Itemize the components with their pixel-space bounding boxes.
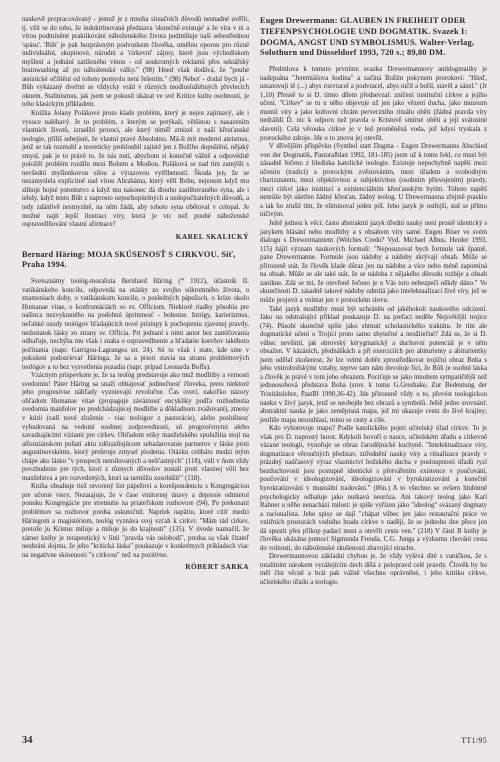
page-number: 34 bbox=[22, 735, 33, 746]
review-paragraph: Ještě jednou k věci: často abstraktní ja… bbox=[260, 220, 487, 305]
review-paragraph: Vzácnym príspevkom je, že sa teológ pred… bbox=[22, 372, 249, 483]
review-paragraph: V dřívějším příspěvku (Symbol statt Dogm… bbox=[260, 143, 487, 220]
author-signature-karel-skalicky: KAREL SKALICKÝ bbox=[22, 232, 249, 241]
article-paragraph: naukově propracovávaný - jemuž je z mnoh… bbox=[22, 16, 249, 110]
author-signature-robert-sarka: RÓBERT SARKA bbox=[22, 562, 249, 571]
review-paragraph: Svetoznámy teológ-moralista Bernhard Här… bbox=[22, 278, 249, 372]
review-paragraph: Drewermannovou základní chybou je, že vž… bbox=[260, 553, 487, 587]
review-paragraph: Předmluva k tomuto prvnímu svazku Drewer… bbox=[260, 66, 487, 143]
right-column: Eugen Drewermann: GLAUBEN IN FREIHEIT OD… bbox=[260, 16, 487, 588]
two-column-text-area: naukově propracovávaný - jemuž je z mnoh… bbox=[0, 0, 500, 588]
review-heading-haring: Bernard Häring: MOJA SKÚSENOSŤ S CIRKVOU… bbox=[22, 250, 249, 272]
review-paragraph: Kdo vyhotovuje mapu? Podle katolického p… bbox=[260, 425, 487, 553]
page-footer: 34 TT1/95 bbox=[22, 735, 487, 746]
issue-code: TT1/95 bbox=[461, 736, 487, 745]
left-column: naukově propracovávaný - jemuž je z mnoh… bbox=[22, 16, 249, 588]
review-paragraph: Také jazyk modlitby musí být uchráněn od… bbox=[260, 306, 487, 426]
review-heading-drewermann: Eugen Drewermann: GLAUBEN IN FREIHEIT OD… bbox=[260, 16, 487, 59]
article-paragraph: Knížka Jolany Polákové proto klade probl… bbox=[22, 110, 249, 230]
review-paragraph: Kniha obsahuje tiež otvorený list pápežo… bbox=[22, 483, 249, 560]
scanned-journal-page: naukově propracovávaný - jemuž je z mnoh… bbox=[0, 0, 500, 762]
